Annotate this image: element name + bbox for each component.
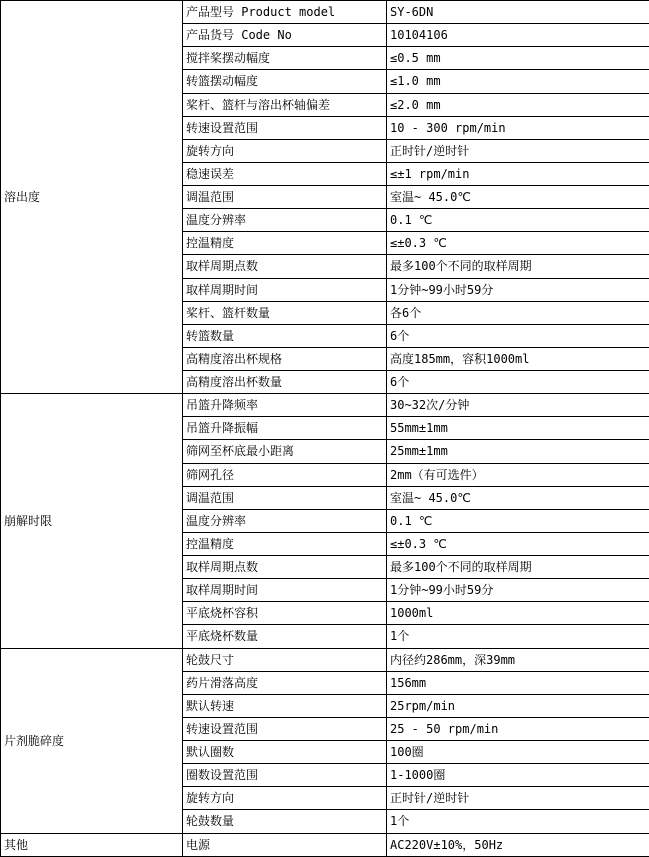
parameter-cell: 控温精度 — [183, 532, 387, 555]
parameter-cell: 转速设置范围 — [183, 717, 387, 740]
parameter-cell: 平底烧杯容积 — [183, 602, 387, 625]
parameter-cell: 产品货号 Code No — [183, 24, 387, 47]
parameter-cell: 取样周期点数 — [183, 255, 387, 278]
parameter-cell: 调温范围 — [183, 486, 387, 509]
parameter-cell: 轮鼓尺寸 — [183, 648, 387, 671]
value-cell: 0.1 ℃ — [387, 509, 649, 532]
value-cell: ≤1.0 mm — [387, 70, 649, 93]
value-cell: 25rpm/min — [387, 694, 649, 717]
parameter-cell: 轮鼓数量 — [183, 810, 387, 833]
value-cell: 10 - 300 rpm/min — [387, 116, 649, 139]
parameter-cell: 转速设置范围 — [183, 116, 387, 139]
value-cell: 1个 — [387, 810, 649, 833]
parameter-cell: 吊篮升降振幅 — [183, 417, 387, 440]
value-cell: 6个 — [387, 324, 649, 347]
parameter-cell: 转篮摆动幅度 — [183, 70, 387, 93]
value-cell: ≤0.5 mm — [387, 47, 649, 70]
value-cell: 最多100个不同的取样周期 — [387, 255, 649, 278]
parameter-cell: 取样周期时间 — [183, 579, 387, 602]
parameter-cell: 平底烧杯数量 — [183, 625, 387, 648]
value-cell: 55mm±1mm — [387, 417, 649, 440]
spec-sheet-page: 溶出度产品型号 Product modelSY-6DN产品货号 Code No1… — [0, 0, 649, 857]
value-cell: 2mm（有可选件） — [387, 463, 649, 486]
table-row: 崩解时限吊篮升降频率30~32次/分钟 — [1, 394, 649, 417]
parameter-cell: 高精度溶出杯数量 — [183, 371, 387, 394]
parameter-cell: 默认转速 — [183, 694, 387, 717]
value-cell: 1000ml — [387, 602, 649, 625]
value-cell: 室温~ 45.0℃ — [387, 186, 649, 209]
spec-table: 溶出度产品型号 Product modelSY-6DN产品货号 Code No1… — [0, 0, 649, 857]
parameter-cell: 桨杆、篮杆与溶出杯轴偏差 — [183, 93, 387, 116]
parameter-cell: 调温范围 — [183, 186, 387, 209]
value-cell: 各6个 — [387, 301, 649, 324]
parameter-cell: 旋转方向 — [183, 139, 387, 162]
value-cell: ≤±0.3 ℃ — [387, 232, 649, 255]
parameter-cell: 控温精度 — [183, 232, 387, 255]
value-cell: 1分钟~99小时59分 — [387, 579, 649, 602]
category-cell: 崩解时限 — [1, 394, 183, 648]
value-cell: AC220V±10%，50Hz — [387, 833, 649, 857]
value-cell: 1分钟~99小时59分 — [387, 278, 649, 301]
parameter-cell: 吊篮升降频率 — [183, 394, 387, 417]
value-cell: 25mm±1mm — [387, 440, 649, 463]
value-cell: 25 - 50 rpm/min — [387, 717, 649, 740]
value-cell: ≤±0.3 ℃ — [387, 532, 649, 555]
parameter-cell: 筛网孔径 — [183, 463, 387, 486]
value-cell: ≤2.0 mm — [387, 93, 649, 116]
value-cell: 100圈 — [387, 741, 649, 764]
parameter-cell: 产品型号 Product model — [183, 1, 387, 24]
parameter-cell: 取样周期点数 — [183, 556, 387, 579]
value-cell: 高度185mm，容积1000ml — [387, 347, 649, 370]
table-row: 片剂脆碎度轮鼓尺寸内径约286mm，深39mm — [1, 648, 649, 671]
spec-table-body: 溶出度产品型号 Product modelSY-6DN产品货号 Code No1… — [1, 1, 649, 857]
value-cell: 6个 — [387, 371, 649, 394]
value-cell: 1-1000圈 — [387, 764, 649, 787]
value-cell: 正时针/逆时针 — [387, 787, 649, 810]
value-cell: 正时针/逆时针 — [387, 139, 649, 162]
parameter-cell: 圈数设置范围 — [183, 764, 387, 787]
value-cell: SY-6DN — [387, 1, 649, 24]
table-row: 其他电源AC220V±10%，50Hz — [1, 833, 649, 857]
parameter-cell: 稳速误差 — [183, 162, 387, 185]
value-cell: 156mm — [387, 671, 649, 694]
parameter-cell: 温度分辨率 — [183, 209, 387, 232]
parameter-cell: 桨杆、篮杆数量 — [183, 301, 387, 324]
value-cell: 室温~ 45.0℃ — [387, 486, 649, 509]
parameter-cell: 默认圈数 — [183, 741, 387, 764]
parameter-cell: 旋转方向 — [183, 787, 387, 810]
category-cell: 其他 — [1, 833, 183, 857]
parameter-cell: 高精度溶出杯规格 — [183, 347, 387, 370]
parameter-cell: 取样周期时间 — [183, 278, 387, 301]
value-cell: 0.1 ℃ — [387, 209, 649, 232]
category-cell: 溶出度 — [1, 1, 183, 394]
value-cell: 内径约286mm，深39mm — [387, 648, 649, 671]
parameter-cell: 电源 — [183, 833, 387, 857]
value-cell: 30~32次/分钟 — [387, 394, 649, 417]
parameter-cell: 搅拌桨摆动幅度 — [183, 47, 387, 70]
parameter-cell: 温度分辨率 — [183, 509, 387, 532]
value-cell: 10104106 — [387, 24, 649, 47]
parameter-cell: 转篮数量 — [183, 324, 387, 347]
value-cell: 最多100个不同的取样周期 — [387, 556, 649, 579]
category-cell: 片剂脆碎度 — [1, 648, 183, 833]
value-cell: ≤±1 rpm/min — [387, 162, 649, 185]
table-row: 溶出度产品型号 Product modelSY-6DN — [1, 1, 649, 24]
value-cell: 1个 — [387, 625, 649, 648]
parameter-cell: 筛网至杯底最小距离 — [183, 440, 387, 463]
parameter-cell: 药片滑落高度 — [183, 671, 387, 694]
